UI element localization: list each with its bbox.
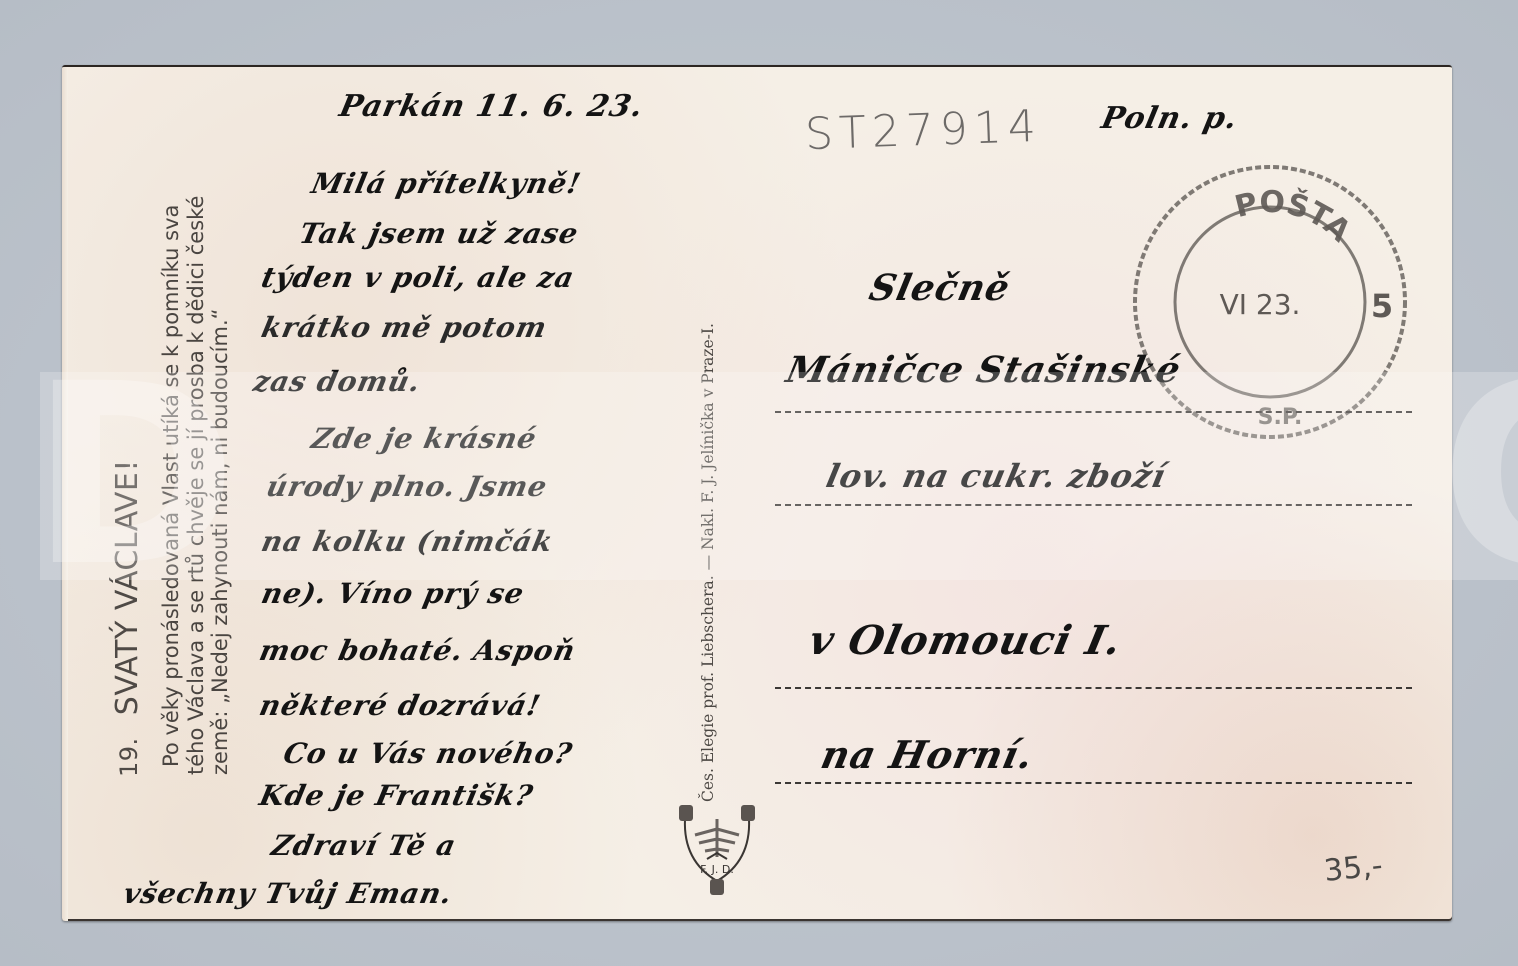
message-line: úrody plno. Jsme	[263, 470, 550, 503]
svg-text:POŠTA: POŠTA	[1232, 185, 1358, 250]
address-line-poln: Poln. p.	[1098, 101, 1241, 136]
postmark-stamp: POŠTA VI 23. 5 S.P.	[1120, 152, 1415, 447]
message-line: Tak jsem už zase	[296, 217, 581, 250]
poem-number: 19.	[115, 737, 143, 777]
address-line-occupation: lov. na cukr. zboží	[823, 457, 1170, 495]
message-signature: všechny Tvůj Eman.	[120, 877, 455, 910]
publisher-logo-icon: F. J. D.	[677, 799, 757, 897]
message-line: moc bohaté. Aspoň	[256, 634, 578, 667]
address-dashed-line	[775, 504, 1412, 506]
svg-text:5: 5	[1371, 287, 1393, 325]
watermark-letter: O	[1440, 372, 1518, 580]
address-line-name: Máničce Stašinské	[783, 349, 1185, 391]
message-line: krátko mě potom	[258, 311, 550, 344]
address-line-recipient-title: Slečně	[866, 267, 1015, 309]
address-dashed-line	[775, 782, 1412, 784]
inventory-code: ST27914	[804, 101, 1042, 160]
postcard: 19. SVATÝ VÁCLAVE! Po věky pronásledovan…	[62, 65, 1452, 921]
svg-text:S.P.: S.P.	[1258, 405, 1303, 430]
svg-text:VI 23.: VI 23.	[1220, 288, 1301, 321]
message-line: Co u Vás nového?	[280, 737, 575, 770]
publisher-imprint: Čes. Elegie prof. Liebschera. — Nakl. F.…	[699, 323, 717, 802]
message-line: zas domů.	[250, 365, 424, 398]
address-line-city: v Olomouci I.	[805, 617, 1126, 664]
address-dashed-line	[775, 687, 1412, 689]
message-line: některé dozrává!	[256, 689, 543, 722]
watermark-letter: D	[30, 372, 238, 580]
message-line: ne). Víno prý se	[258, 577, 527, 610]
message-line: Kde je Františk?	[256, 779, 536, 812]
message-line: Milá přítelkyně!	[308, 167, 584, 200]
message-line: týden v poli, ale za	[258, 261, 577, 294]
message-line: Zdraví Tě a	[268, 829, 459, 862]
address-line-street: na Horní.	[817, 732, 1038, 777]
message-line: na kolku (nimčák	[258, 525, 556, 558]
message-line: Zde je krásné	[308, 422, 540, 455]
message-header: Parkán 11. 6. 23.	[336, 89, 647, 124]
address-dashed-line	[775, 411, 1412, 413]
svg-text:F. J. D.: F. J. D.	[700, 863, 734, 876]
price-annotation: 35,-	[1322, 848, 1384, 889]
